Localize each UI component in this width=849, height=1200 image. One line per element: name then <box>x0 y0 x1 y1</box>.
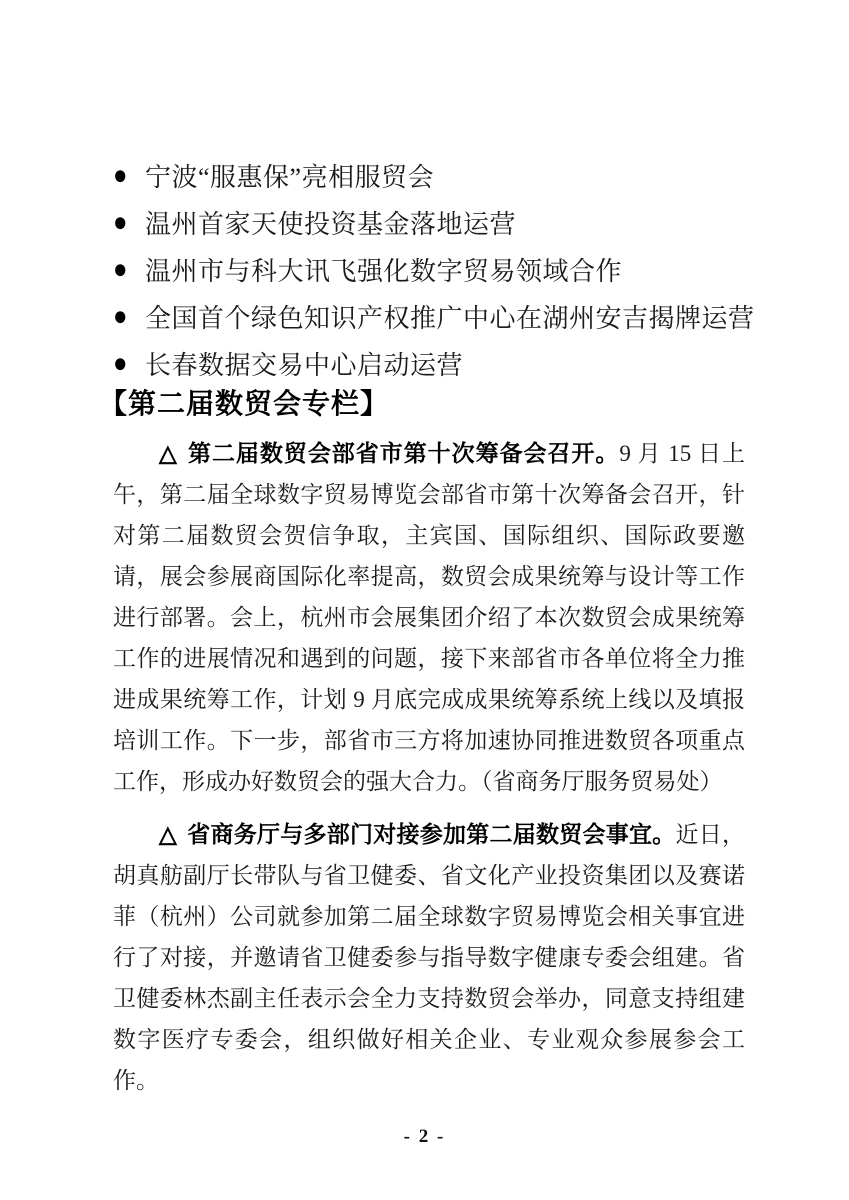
list-item: ● 全国首个绿色知识产权推广中心在湖州安吉揭牌运营 <box>113 293 745 340</box>
bullet-icon: ● <box>113 350 128 378</box>
triangle-marker: △ <box>159 441 178 466</box>
page-footer: - 2 - <box>0 1126 849 1148</box>
article-lead: 省商务厅与多部门对接参加第二届数贸会事宜。 <box>187 822 675 847</box>
article-body: 9 月 15 日上午，第二届全球数字贸易博览会部省市第十次筹备会召开，针对第二届… <box>113 441 745 794</box>
list-item: ● 温州市与科大讯飞强化数字贸易领域合作 <box>113 246 745 293</box>
headline-text: 温州首家天使投资基金落地运营 <box>145 204 516 241</box>
article-paragraph: △第二届数贸会部省市第十次筹备会召开。9 月 15 日上午，第二届全球数字贸易博… <box>113 433 745 802</box>
list-item: ● 长春数据交易中心启动运营 <box>113 340 745 387</box>
list-item: ● 宁波“服惠保”亮相服贸会 <box>113 152 745 199</box>
bullet-icon: ● <box>113 303 128 331</box>
document-page: ● 宁波“服惠保”亮相服贸会 ● 温州首家天使投资基金落地运营 ● 温州市与科大… <box>0 0 849 1200</box>
headline-text: 温州市与科大讯飞强化数字贸易领域合作 <box>145 251 622 288</box>
headline-list: ● 宁波“服惠保”亮相服贸会 ● 温州首家天使投资基金落地运营 ● 温州市与科大… <box>113 152 745 387</box>
document-content: ● 宁波“服惠保”亮相服贸会 ● 温州首家天使投资基金落地运营 ● 温州市与科大… <box>113 152 745 1101</box>
list-item: ● 温州首家天使投资基金落地运营 <box>113 199 745 246</box>
triangle-marker: △ <box>159 822 177 847</box>
article-paragraph: △省商务厅与多部门对接参加第二届数贸会事宜。近日，胡真舫副厅长带队与省卫健委、省… <box>113 814 745 1101</box>
headline-text: 宁波“服惠保”亮相服贸会 <box>145 157 434 194</box>
article-lead: 第二届数贸会部省市第十次筹备会召开。 <box>188 441 619 466</box>
bullet-icon: ● <box>113 256 128 284</box>
bullet-icon: ● <box>113 209 128 237</box>
headline-text: 全国首个绿色知识产权推广中心在湖州安吉揭牌运营 <box>145 298 755 335</box>
article-body: 近日，胡真舫副厅长带队与省卫健委、省文化产业投资集团以及赛诺菲（杭州）公司就参加… <box>113 822 745 1093</box>
section-title: 【第二届数贸会专栏】 <box>99 387 745 421</box>
page-number: - 2 - <box>404 1126 446 1147</box>
headline-text: 长春数据交易中心启动运营 <box>145 345 463 382</box>
bullet-icon: ● <box>113 162 128 190</box>
